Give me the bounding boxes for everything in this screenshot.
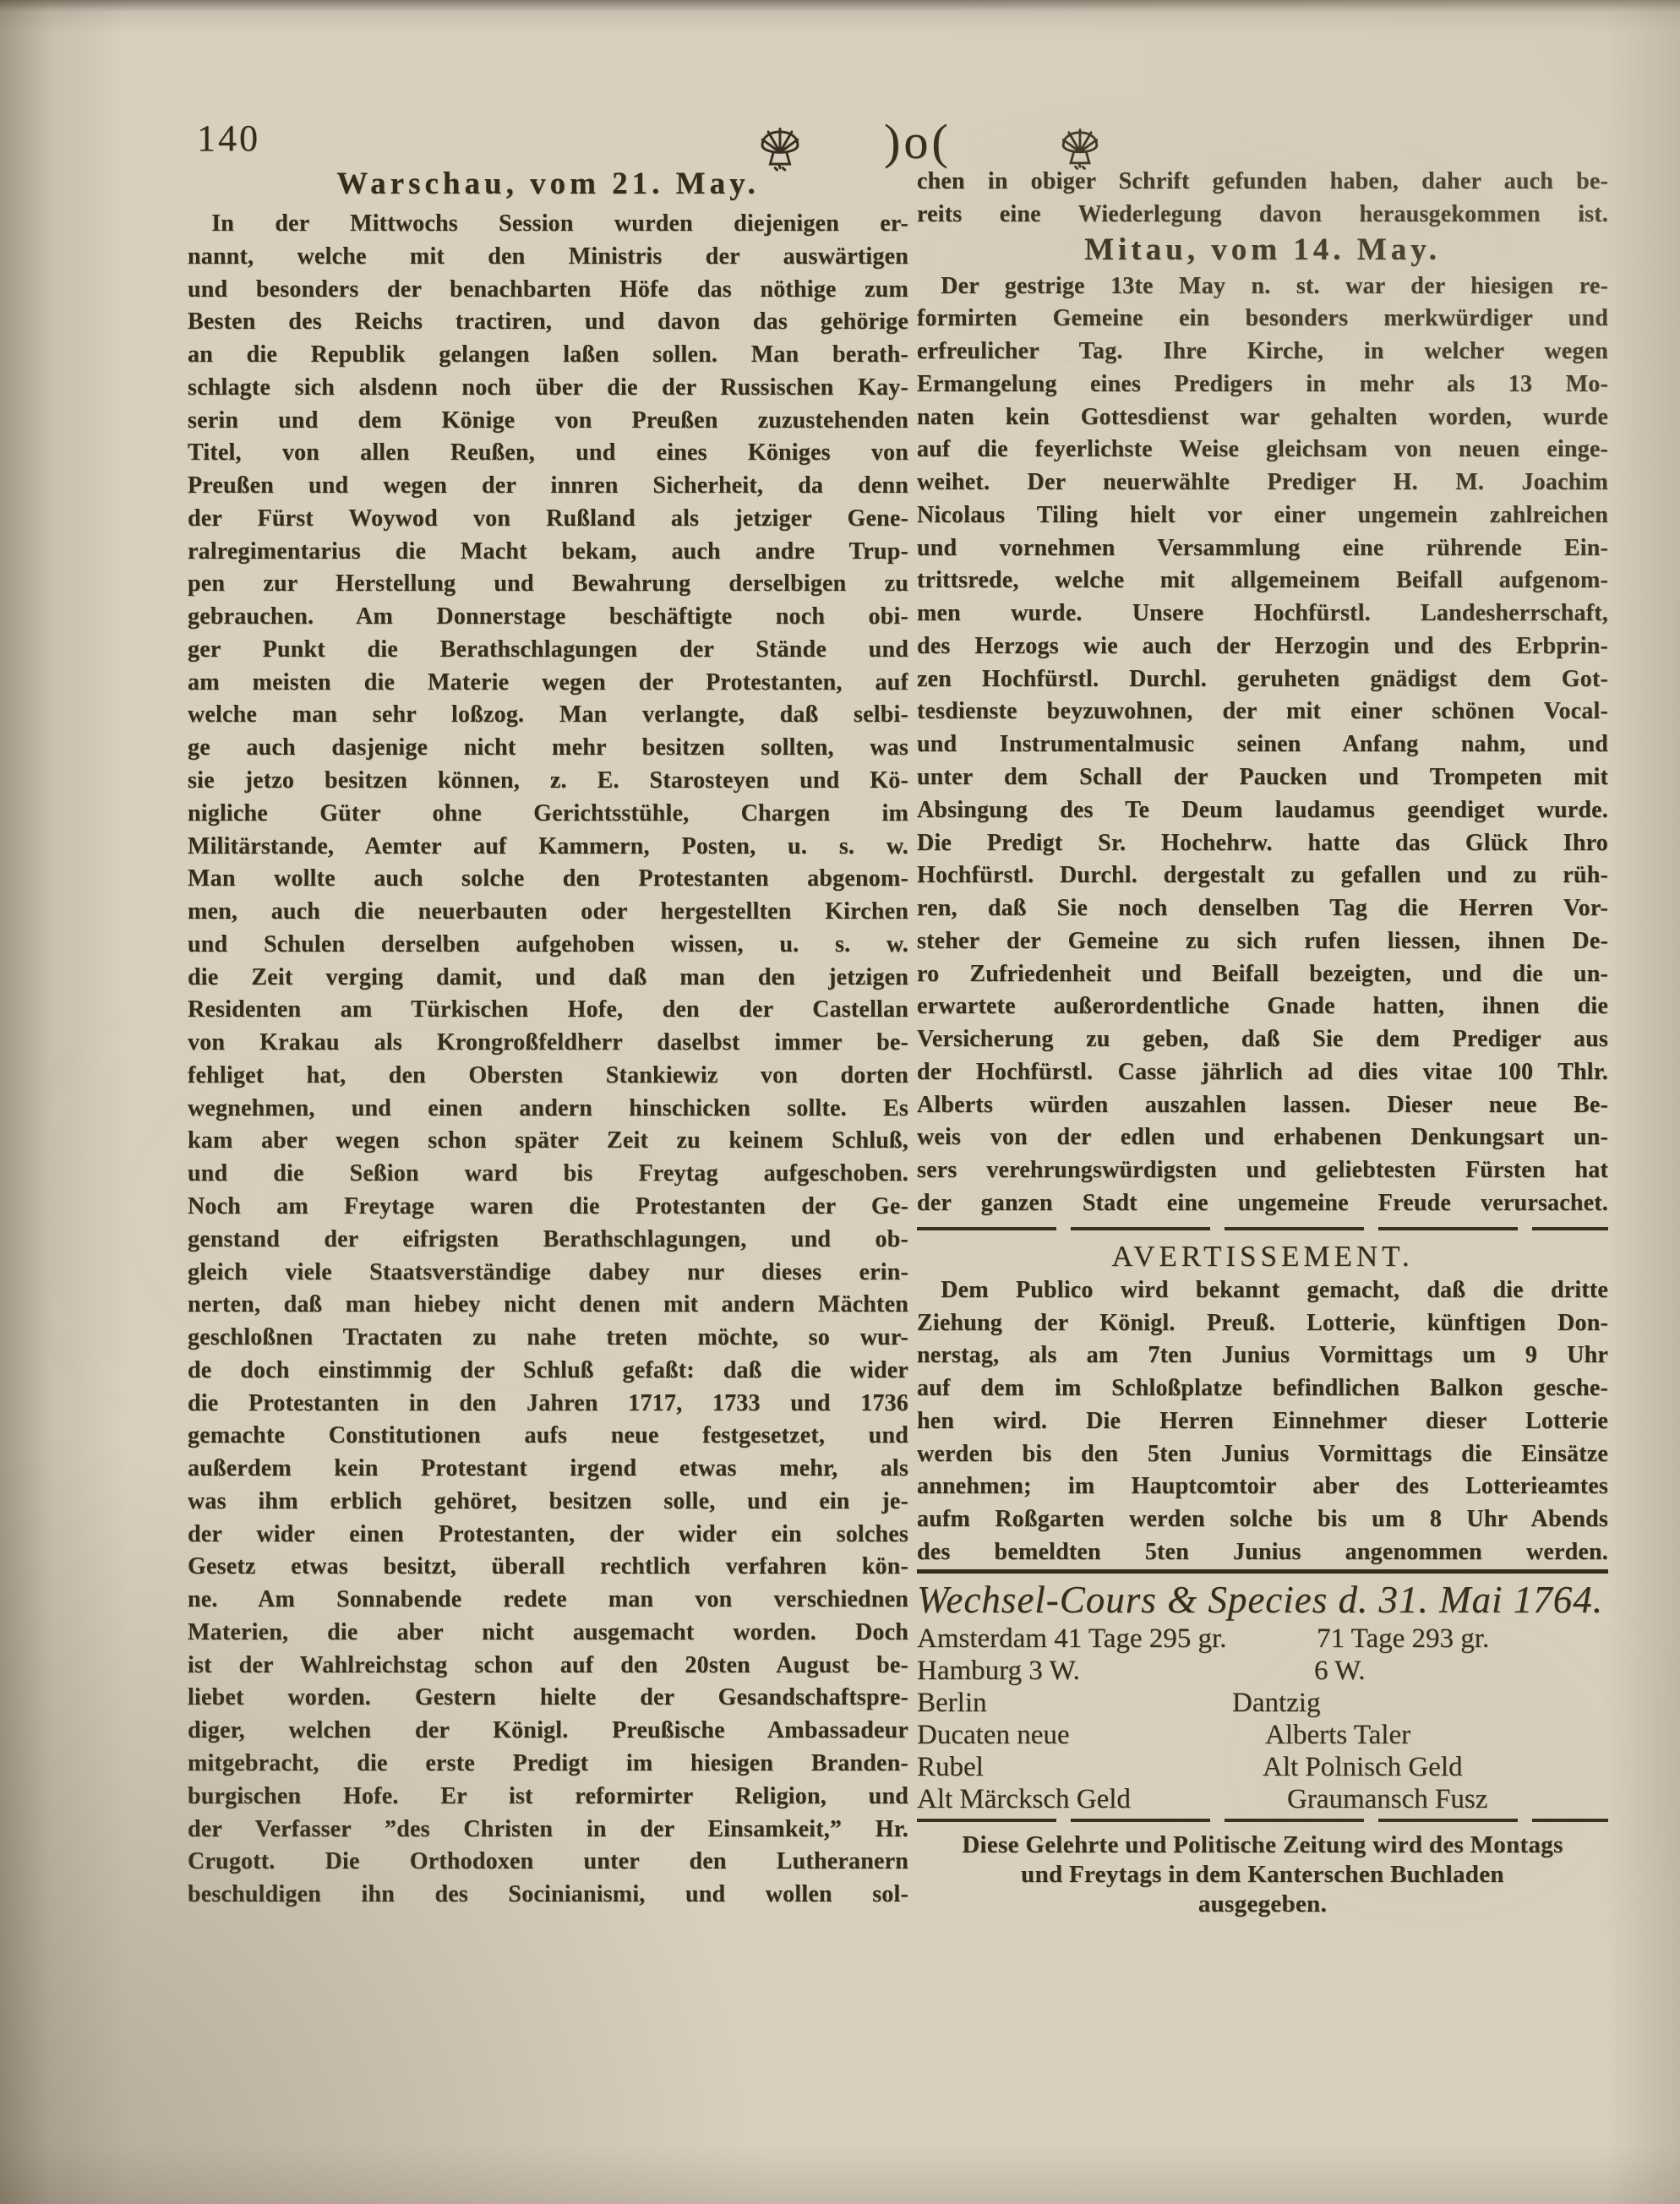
text-line: ralregimentarius die Macht bekam, auch a… <box>188 536 908 569</box>
text-line: und die Seßion ward bis Freytag aufgesch… <box>188 1158 908 1191</box>
wechsel-divider-rule <box>917 1569 1608 1574</box>
text-line: diger, welchen der Königl. Preußische Am… <box>188 1715 908 1748</box>
text-line: und vornehmen Versammlung eine rührende … <box>917 532 1608 565</box>
left-column: Warschau, vom 21. May. In der Mittwochs … <box>188 166 908 1912</box>
avertissement-article: Dem Publico wird bekannt gemacht, daß di… <box>917 1274 1608 1569</box>
text-line: Crugott. Die Orthodoxen unter den Luther… <box>188 1846 908 1879</box>
text-line: formirten Gemeine ein besonders merkwürd… <box>917 303 1608 336</box>
text-line: Ermangelung eines Predigers in mehr als … <box>917 368 1608 401</box>
right-column: chen in obiger Schrift gefunden haben, d… <box>917 166 1608 1919</box>
text-line: nerstag, als am 7ten Junius Vormittags u… <box>917 1339 1608 1372</box>
text-line: Versicherung zu geben, daß Sie dem Predi… <box>917 1023 1608 1056</box>
shell-ornament-icon <box>749 113 811 176</box>
footer-divider-rule <box>917 1819 1608 1822</box>
publication-note: Diese Gelehrte und Politische Zeitung wi… <box>917 1830 1608 1919</box>
newspaper-page: 140 )o( Warschau, vom 21. May. In der Mi… <box>0 0 1680 2204</box>
text-line: annehmen; im Hauptcomtoir aber des Lotte… <box>917 1470 1608 1503</box>
section-divider-rule <box>917 1227 1608 1230</box>
text-line: erwartete außerordentliche Gnade hatten,… <box>917 990 1608 1023</box>
text-line: erfreulicher Tag. Ihre Kirche, in welche… <box>917 336 1608 368</box>
text-line: gebrauchen. Am Donnerstage beschäftigte … <box>188 601 908 634</box>
table-cell: 71 Tage 293 gr. <box>1317 1623 1489 1655</box>
text-line: Die Predigt Sr. Hochehrw. hatte das Glüc… <box>917 827 1608 860</box>
text-line: nerten, daß man hiebey nicht denen mit a… <box>188 1289 908 1322</box>
text-line: chen in obiger Schrift gefunden haben, d… <box>917 166 1608 199</box>
table-row: Hamburg 3 W.6 W. <box>917 1655 1608 1687</box>
text-line: nigliche Güter ohne Gerichtsstühle, Char… <box>188 798 908 831</box>
table-cell: Alt Märcksch Geld <box>917 1783 1131 1815</box>
text-line: ne. Am Sonnabende redete man von verschi… <box>188 1584 908 1617</box>
table-row: Ducaten neueAlberts Taler <box>917 1719 1608 1751</box>
text-line: weihet. Der neuerwählte Prediger H. M. J… <box>917 466 1608 499</box>
table-cell: Alt Polnisch Geld <box>1263 1751 1463 1783</box>
mitau-heading: Mitau, vom 14. May. <box>917 232 1608 270</box>
text-line: sie jetzo besitzen können, z. E. Starost… <box>188 765 908 798</box>
table-cell: Dantzig <box>1232 1687 1320 1719</box>
text-line: men wurde. Unsere Hochfürstl. Landesherr… <box>917 597 1608 630</box>
text-line: Materien, die aber nicht ausgemacht word… <box>188 1617 908 1650</box>
text-line: was ihm erblich gehöret, besitzen solle,… <box>188 1486 908 1519</box>
text-line: ge auch dasjenige nicht mehr besitzen so… <box>188 732 908 765</box>
text-line: Residenten am Türkischen Hofe, den der C… <box>188 994 908 1027</box>
text-line: kam aber wegen schon später Zeit zu kein… <box>188 1125 908 1158</box>
text-line: weis von der edlen und erhabenen Denkung… <box>917 1121 1608 1154</box>
text-line: beschuldigen ihn des Socinianismi, und w… <box>188 1879 908 1912</box>
footer-line: und Freytags in dem Kanterschen Buchlade… <box>917 1860 1608 1890</box>
text-line: hen wird. Die Herren Einnehmer dieser Lo… <box>917 1405 1608 1438</box>
shell-ornament-icon <box>1050 115 1110 174</box>
text-line: Preußen und wegen der innren Sicherheit,… <box>188 470 908 503</box>
table-cell: Alberts Taler <box>1265 1719 1410 1751</box>
table-row: Alt Märcksch GeldGraumansch Fusz <box>917 1783 1608 1815</box>
avertissement-heading: AVERTISSEMENT. <box>917 1239 1608 1274</box>
text-line: ro Zufriedenheit und Beifall bezeigten, … <box>917 958 1608 991</box>
text-line: ist der Wahlreichstag schon auf den 20st… <box>188 1650 908 1683</box>
text-line: reits eine Wiederlegung davon herausgeko… <box>917 199 1608 232</box>
text-line: Der gestrige 13te May n. st. war der hie… <box>917 270 1608 303</box>
text-line: welche man sehr loßzog. Man verlangte, d… <box>188 699 908 732</box>
text-line: wegnehmen, und einen andern hinschicken … <box>188 1093 908 1126</box>
text-line: aufm Roßgarten werden solche bis um 8 Uh… <box>917 1503 1608 1536</box>
text-line: pen zur Herstellung und Bewahrung dersel… <box>188 568 908 601</box>
text-line: auf die feyerlichste Weise gleichsam von… <box>917 434 1608 466</box>
center-ornament: )o( <box>884 113 952 170</box>
text-line: steher der Gemeine zu sich rufen liessen… <box>917 925 1608 958</box>
exchange-rate-table: Amsterdam 41 Tage 295 gr.71 Tage 293 gr.… <box>917 1623 1608 1815</box>
text-line: genstand der eifrigsten Berathschlagunge… <box>188 1224 908 1257</box>
text-line: fehliget hat, den Obersten Stankiewiz vo… <box>188 1060 908 1093</box>
mitau-article: Der gestrige 13te May n. st. war der hie… <box>917 270 1608 1220</box>
text-line: tesdienste beyzuwohnen, der mit einer sc… <box>917 696 1608 728</box>
text-line: Besten des Reichs tractiren, und davon d… <box>188 306 908 339</box>
text-line: Man wollte auch solche den Protestanten … <box>188 863 908 896</box>
text-line: außerdem kein Protestant irgend etwas me… <box>188 1453 908 1486</box>
text-line: burgischen Hofe. Er ist reformirter Reli… <box>188 1781 908 1814</box>
text-line: Absingung des Te Deum laudamus geendiget… <box>917 794 1608 827</box>
text-line: ren, daß Sie noch denselben Tag die Herr… <box>917 892 1608 925</box>
text-line: In der Mittwochs Session wurden diejenig… <box>188 208 908 241</box>
text-line: Dem Publico wird bekannt gemacht, daß di… <box>917 1274 1608 1307</box>
text-line: men, auch die neuerbauten oder hergestel… <box>188 896 908 929</box>
table-cell: Berlin <box>917 1687 986 1719</box>
text-line: und Schulen derselben aufgehoben wissen,… <box>188 929 908 962</box>
text-line: geschloßnen Tractaten zu nahe treten möc… <box>188 1322 908 1355</box>
wechsel-cours-title: Wechsel-Cours & Species d. 31. Mai 1764. <box>917 1579 1608 1623</box>
text-line: Hochfürstl. Durchl. dergestalt zu gefall… <box>917 859 1608 892</box>
text-line: Gesetz etwas besitzt, überall rechtlich … <box>188 1551 908 1584</box>
text-line: ger Punkt die Berathschlagungen der Stän… <box>188 634 908 667</box>
text-line: serin und dem Könige von Preußen zuzuste… <box>188 405 908 438</box>
text-line: Militärstande, Aemter auf Kammern, Poste… <box>188 831 908 864</box>
text-line: der wider einen Protestanten, der wider … <box>188 1519 908 1552</box>
text-line: am meisten die Materie wegen der Protest… <box>188 667 908 700</box>
text-line: gemachte Constitutionen aufs neue festge… <box>188 1420 908 1453</box>
text-line: Titel, von allen Reußen, und eines König… <box>188 437 908 470</box>
text-line: des Herzogs wie auch der Herzogin und de… <box>917 630 1608 663</box>
text-line: gleich viele Staatsverständige dabey nur… <box>188 1257 908 1290</box>
text-line: werden bis den 5ten Junius Vormittags di… <box>917 1438 1608 1471</box>
article-continuation: chen in obiger Schrift gefunden haben, d… <box>917 166 1608 232</box>
text-line: der ganzen Stadt eine ungemeine Freude v… <box>917 1187 1608 1220</box>
text-line: trittsrede, welche mit allgemeinem Beifa… <box>917 565 1608 597</box>
table-cell: Amsterdam 41 Tage 295 gr. <box>917 1623 1226 1655</box>
footer-line: Diese Gelehrte und Politische Zeitung wi… <box>917 1830 1608 1860</box>
table-row: Amsterdam 41 Tage 295 gr.71 Tage 293 gr. <box>917 1623 1608 1655</box>
table-cell: Graumansch Fusz <box>1287 1783 1487 1815</box>
text-line: mitgebracht, die erste Predigt im hiesig… <box>188 1748 908 1781</box>
table-row: RubelAlt Polnisch Geld <box>917 1751 1608 1783</box>
text-line: von Krakau als Krongroßfeldherr daselbst… <box>188 1027 908 1060</box>
text-line: der Hochfürstl. Casse jährlich ad dies v… <box>917 1056 1608 1089</box>
text-line: die Protestanten in den Jahren 1717, 173… <box>188 1388 908 1421</box>
warschau-article: In der Mittwochs Session wurden diejenig… <box>188 208 908 1912</box>
text-line: liebet worden. Gestern hielte der Gesand… <box>188 1682 908 1715</box>
text-line: der Fürst Woywod von Rußland als jetzige… <box>188 503 908 536</box>
text-line: und Instrumentalmusic seinen Anfang nahm… <box>917 728 1608 761</box>
table-cell: Ducaten neue <box>917 1719 1070 1751</box>
page-number: 140 <box>197 117 260 160</box>
text-line: unter dem Schall der Paucken und Trompet… <box>917 761 1608 794</box>
text-line: Noch am Freytage waren die Protestanten … <box>188 1191 908 1224</box>
text-line: die Zeit verging damit, und daß man den … <box>188 962 908 995</box>
text-line: auf dem im Schloßplatze befindlichen Bal… <box>917 1372 1608 1405</box>
text-line: nannt, welche mit den Ministris der ausw… <box>188 241 908 274</box>
text-line: naten kein Gottesdienst war gehalten wor… <box>917 401 1608 434</box>
text-line: de doch einstimmig der Schluß gefaßt: da… <box>188 1355 908 1388</box>
text-line: an die Republik gelangen laßen sollen. M… <box>188 339 908 372</box>
text-line: Ziehung der Königl. Preuß. Lotterie, kün… <box>917 1307 1608 1340</box>
table-cell: Rubel <box>917 1751 984 1783</box>
table-cell: Hamburg 3 W. <box>917 1655 1080 1687</box>
text-line: des bemeldten 5ten Junius angenommen wer… <box>917 1536 1608 1569</box>
text-line: sers verehrungswürdigsten und geliebtest… <box>917 1154 1608 1187</box>
text-line: der Verfasser ”des Christen in der Einsa… <box>188 1814 908 1847</box>
text-line: und besonders der benachbarten Höfe das … <box>188 274 908 307</box>
table-row: BerlinDantzig <box>917 1687 1608 1719</box>
text-line: zen Hochfürstl. Durchl. geruheten gnädig… <box>917 663 1608 696</box>
text-line: schlagte sich alsdenn noch über die der … <box>188 372 908 405</box>
text-line: Alberts würden auszahlen lassen. Dieser … <box>917 1089 1608 1122</box>
footer-line: ausgegeben. <box>917 1890 1608 1919</box>
table-cell: 6 W. <box>1314 1655 1366 1687</box>
text-line: Nicolaus Tiling hielt vor einer ungemein… <box>917 499 1608 532</box>
